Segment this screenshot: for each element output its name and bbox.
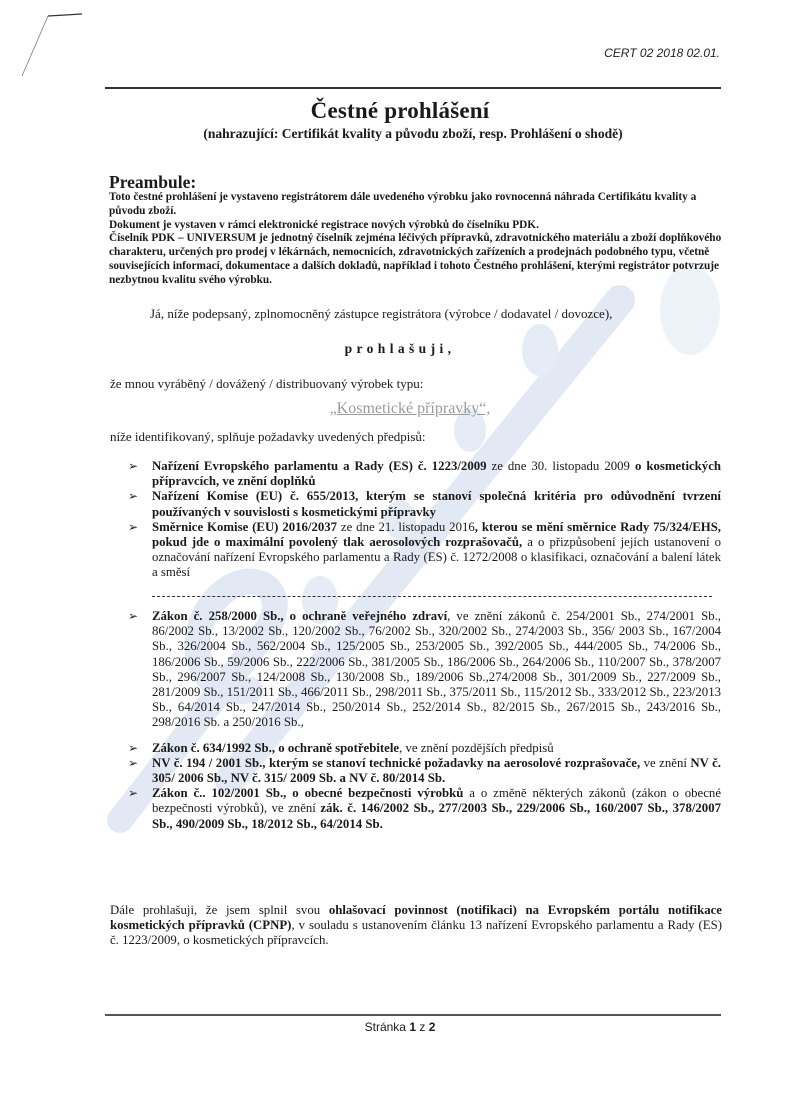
dashed-separator — [152, 596, 712, 597]
page-total: 2 — [429, 1020, 436, 1034]
regulation-title: Nařízení Evropského parlamentu a Rady (E… — [152, 459, 487, 473]
law-title: Zákon č. 258/2000 Sb., o ochraně veřejné… — [152, 609, 447, 623]
arrow-bullet-icon: ➢ — [128, 741, 138, 756]
regulation-item: ➢Nařízení Evropského parlamentu a Rady (… — [128, 459, 721, 489]
cpnp-notification-statement: Dále prohlašuji, že jsem splnil svou ohl… — [110, 903, 722, 949]
law-item: ➢Zákon č. 258/2000 Sb., o ochraně veřejn… — [128, 609, 721, 731]
declarant-statement: Já, níže podepsaný, zplnomocněný zástupc… — [150, 306, 612, 322]
regulation-title: Směrnice Komise (EU) 2016/2037 — [152, 520, 337, 534]
law-item: ➢NV č. 194 / 2001 Sb., kterým se stanoví… — [128, 756, 721, 786]
preamble-paragraph: Číselník PDK – UNIVERSUM je jednotný čís… — [109, 232, 729, 287]
page-number: Stránka 1 z 2 — [0, 1020, 800, 1034]
law-title: Zákon č.. 102/2001 Sb., o obecné bezpečn… — [152, 786, 463, 800]
arrow-bullet-icon: ➢ — [128, 786, 138, 801]
law-title: Zákon č. 634/1992 Sb., o ochraně spotřeb… — [152, 741, 399, 755]
regulation-title: Nařízení Komise (EU) č. 655/2013, kterým… — [152, 489, 721, 518]
arrow-bullet-icon: ➢ — [128, 459, 138, 474]
law-item: ➢Zákon č. 634/1992 Sb., o ochraně spotře… — [128, 741, 721, 756]
statement-text: Dále prohlašuji, že jsem splnil svou — [110, 903, 329, 917]
certificate-code: CERT 02 2018 02.01. — [604, 46, 720, 60]
arrow-bullet-icon: ➢ — [128, 520, 138, 535]
header-divider — [105, 87, 721, 89]
page-label: Stránka — [365, 1020, 410, 1034]
law-item: ➢Zákon č.. 102/2001 Sb., o obecné bezpeč… — [128, 786, 721, 832]
preamble-paragraph: Toto čestné prohlášení je vystaveno regi… — [109, 191, 729, 219]
arrow-bullet-icon: ➢ — [128, 756, 138, 771]
preamble-heading: Preambule: — [109, 172, 196, 193]
product-type-value: „Kosmetické přípravky“, — [0, 400, 800, 418]
document-title: Čestné prohlášení — [0, 98, 800, 124]
preamble-body: Toto čestné prohlášení je vystaveno regi… — [109, 191, 729, 288]
arrow-bullet-icon: ➢ — [128, 609, 138, 624]
document-subtitle: (nahrazující: Certifikát kvality a původ… — [0, 126, 800, 142]
preamble-paragraph: Dokument je vystaven v rámci elektronick… — [109, 219, 729, 233]
regulations-list: ➢Nařízení Evropského parlamentu a Rady (… — [128, 459, 721, 581]
regulation-text: ze dne 30. listopadu 2009 — [487, 459, 635, 473]
law-text: , ve znění zákonů č. 254/2001 Sb., 274/2… — [152, 609, 721, 729]
page-separator: z — [416, 1020, 429, 1034]
declaration-verb: prohlašuji, — [0, 341, 800, 357]
footer-divider — [105, 1014, 721, 1016]
page-current: 1 — [409, 1020, 416, 1034]
corner-scan-mark — [20, 8, 90, 78]
regulation-item: ➢Směrnice Komise (EU) 2016/2037 ze dne 2… — [128, 520, 721, 581]
laws-list: ➢Zákon č. 258/2000 Sb., o ochraně veřejn… — [128, 609, 721, 832]
regulation-text: ze dne 21. listopadu 2016 — [337, 520, 475, 534]
arrow-bullet-icon: ➢ — [128, 489, 138, 504]
law-title: NV č. 194 / 2001 Sb., kterým se stanoví … — [152, 756, 640, 770]
requirements-intro: níže identifikovaný, splňuje požadavky u… — [110, 429, 426, 445]
law-text: , ve znění pozdějších předpisů — [399, 741, 554, 755]
product-type-intro: že mnou vyráběný / dovážený / distribuov… — [110, 376, 423, 392]
law-text: ve znění — [640, 756, 690, 770]
regulation-item: ➢Nařízení Komise (EU) č. 655/2013, který… — [128, 489, 721, 519]
